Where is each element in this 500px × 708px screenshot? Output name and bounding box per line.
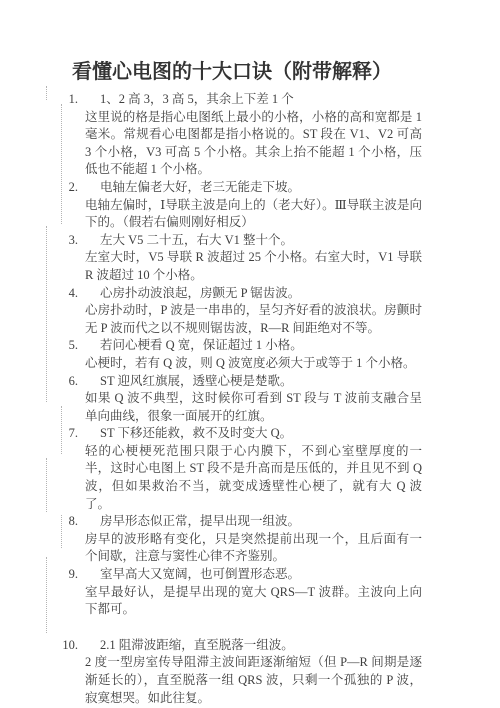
item-explanation: 轻的心梗梗死范围只限于心内膜下，不到心室壁厚度的一半，这时心电图上 ST 段不是… [85, 443, 422, 513]
item-heading: 心房扑动波浪起，房颤无 P 锯齿波。 [100, 285, 442, 303]
item-heading: 室早高大又宽阔，也可倒置形态恶。 [100, 566, 442, 584]
list-item: 3. 左大 V5 二十五，右大 V1 整十个。 左室大时，V5 导联 R 波超过… [0, 232, 500, 285]
list-item: 2. 电轴左偏老大好，老三无能走下坡。 电轴左偏时，Ⅰ导联主波是向上的（老大好）… [0, 179, 500, 232]
list-item: 6. ST 迎风红旗展，透壁心梗是楚歌。 如果 Q 波不典型，这时候你可看到 S… [0, 373, 500, 426]
list-item: 7. ST 下移还能救，救不及时变大 Q。 轻的心梗梗死范围只限于心内膜下，不到… [0, 425, 500, 513]
item-explanation: 心房扑动时，P 波是一串串的，呈匀齐好看的波浪状。房颤时无 P 波而代之以不规则… [85, 302, 422, 337]
item-number: 1. [52, 91, 78, 109]
item-heading: ST 下移还能救，救不及时变大 Q。 [100, 425, 442, 443]
item-number: 7. [52, 425, 78, 443]
item-heading: 左大 V5 二十五，右大 V1 整十个。 [100, 232, 442, 250]
list-item: 4. 心房扑动波浪起，房颤无 P 锯齿波。 心房扑动时，P 波是一串串的，呈匀齐… [0, 285, 500, 338]
item-number: 3. [52, 232, 78, 250]
item-number: 10. [52, 637, 78, 655]
item-explanation: 如果 Q 波不典型，这时候你可看到 ST 段与 T 波前支融合呈单向曲线，很象一… [85, 390, 422, 425]
item-heading: 电轴左偏老大好，老三无能走下坡。 [100, 179, 442, 197]
item-number: 6. [52, 373, 78, 391]
list-item: 9. 室早高大又宽阔，也可倒置形态恶。 室早最好认，是提早出现的宽大 QRS—T… [0, 566, 500, 619]
item-heading: ST 迎风红旗展，透壁心梗是楚歌。 [100, 373, 442, 391]
list-item: 5. 若问心梗看 Q 宽，保证超过 1 小格。 心梗时，若有 Q 波，则 Q 波… [0, 337, 500, 372]
item-explanation: 2 度一型房室传导阻滞主波间距逐渐缩短（但 P—R 间期是逐渐延长的），直至脱落… [85, 654, 422, 707]
item-number: 2. [52, 179, 78, 197]
page-title: 看懂心电图的十大口诀（附带解释） [72, 55, 432, 84]
item-explanation: 房早的波形略有变化，只是突然提前出现一个，且后面有一个间歇，注意与窦性心律不齐鉴… [85, 531, 422, 566]
item-number: 4. [52, 285, 78, 303]
item-explanation: 室早最好认，是提早出现的宽大 QRS—T 波群。主波向上向下都可。 [85, 584, 422, 619]
item-number: 5. [52, 337, 78, 355]
list-item: 1. 1、2 高 3，3 高 5，其余上下差 1 个 这里说的格是指心电图纸上最… [0, 91, 500, 179]
item-number: 8. [52, 513, 78, 531]
list-item: 10. 2.1 阻滞波距缩，直至脱落一组波。 2 度一型房室传导阻滞主波间距逐渐… [0, 637, 500, 707]
item-explanation: 左室大时，V5 导联 R 波超过 25 个小格。右室大时，V1 导联 R 波超过… [85, 249, 422, 284]
item-heading: 若问心梗看 Q 宽，保证超过 1 小格。 [100, 337, 442, 355]
document-page: 看懂心电图的十大口诀（附带解释） 1. 1、2 高 3，3 高 5，其余上下差 … [0, 0, 500, 708]
item-explanation: 电轴左偏时，Ⅰ导联主波是向上的（老大好）。Ⅲ导联主波是向下的。（假若右偏则刚好相… [85, 197, 422, 232]
item-explanation: 这里说的格是指心电图纸上最小的小格，小格的高和宽都是 1 毫米。常规看心电图都是… [85, 109, 422, 179]
list-item: 8. 房早形态似正常，提早出现一组波。 房早的波形略有变化，只是突然提前出现一个… [0, 513, 500, 566]
item-heading: 2.1 阻滞波距缩，直至脱落一组波。 [100, 637, 442, 655]
mnemonic-list: 1. 1、2 高 3，3 高 5，其余上下差 1 个 这里说的格是指心电图纸上最… [0, 91, 500, 707]
item-heading: 房早形态似正常，提早出现一组波。 [100, 513, 442, 531]
item-heading: 1、2 高 3，3 高 5，其余上下差 1 个 [100, 91, 442, 109]
item-explanation: 心梗时，若有 Q 波，则 Q 波宽度必须大于或等于 1 个小格。 [85, 355, 422, 373]
item-number: 9. [52, 566, 78, 584]
